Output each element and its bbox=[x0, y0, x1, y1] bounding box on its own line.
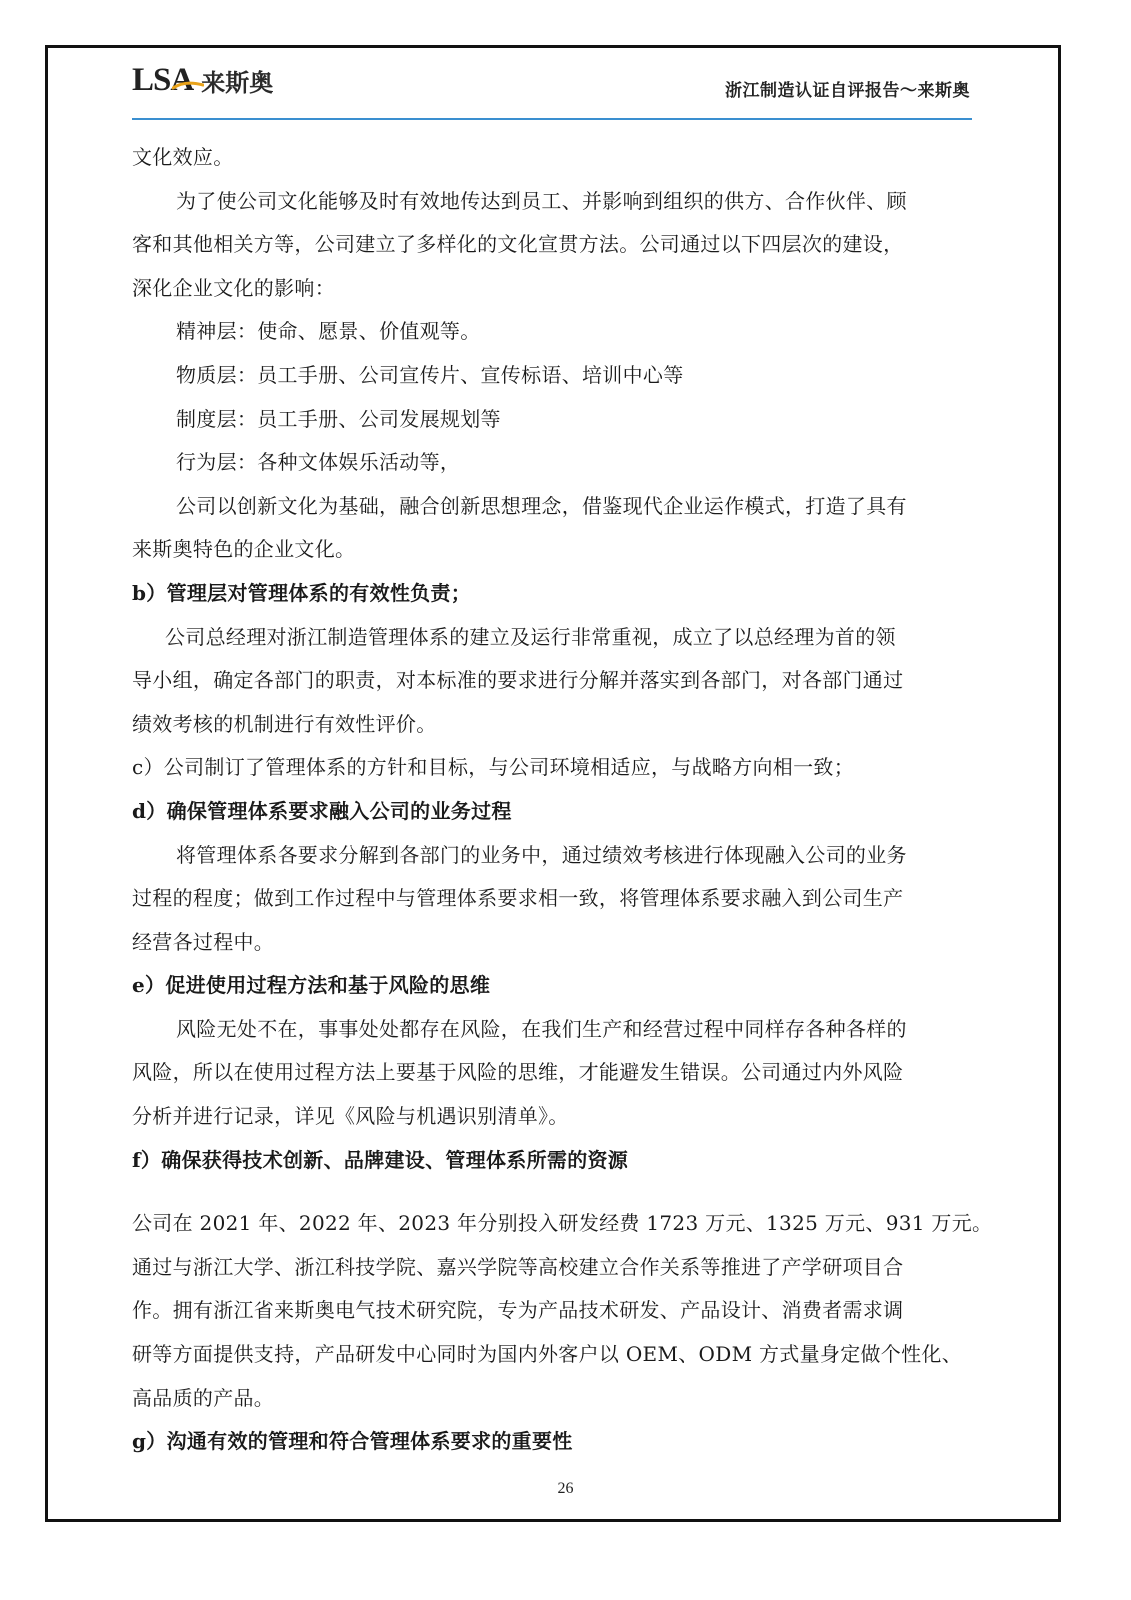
text-line: 过程的程度；做到工作过程中与管理体系要求相一致，将管理体系要求融入到公司生产 bbox=[132, 877, 977, 921]
text-line: 风险，所以在使用过程方法上要基于风险的思维，才能避发生错误。公司通过内外风险 bbox=[132, 1051, 977, 1095]
document-header-title: 浙江制造认证自评报告～来斯奥 bbox=[725, 76, 970, 101]
text-line: 公司总经理对浙江制造管理体系的建立及运行非常重视，成立了以总经理为首的领 bbox=[132, 616, 977, 660]
text-line: 将管理体系各要求分解到各部门的业务中，通过绩效考核进行体现融入公司的业务 bbox=[132, 834, 977, 878]
logo-chinese-text: 来斯奥 bbox=[201, 63, 273, 98]
text-line: 导小组，确定各部门的职责，对本标准的要求进行分解并落实到各部门，对各部门通过 bbox=[132, 659, 977, 703]
text-line: 为了使公司文化能够及时有效地传达到员工、并影响到组织的供方、合作伙伴、顾 bbox=[132, 180, 977, 224]
document-body: 文化效应。为了使公司文化能够及时有效地传达到员工、并影响到组织的供方、合作伙伴、… bbox=[132, 136, 977, 1464]
text-line bbox=[132, 1182, 977, 1202]
logo-swoosh-icon bbox=[172, 80, 204, 90]
text-line: 分析并进行记录，详见《风险与机遇识别清单》。 bbox=[132, 1095, 977, 1139]
text-line: 行为层：各种文体娱乐活动等， bbox=[132, 441, 977, 485]
text-line: 来斯奥特色的企业文化。 bbox=[132, 528, 977, 572]
logo-latin-text: LSA bbox=[132, 64, 193, 97]
header-divider bbox=[132, 118, 972, 120]
company-logo: LSA 来斯奥 bbox=[132, 62, 273, 98]
text-line: 绩效考核的机制进行有效性评价。 bbox=[132, 703, 977, 747]
text-line: 作。拥有浙江省来斯奥电气技术研究院，专为产品技术研发、产品设计、消费者需求调 bbox=[132, 1289, 977, 1333]
text-line: 深化企业文化的影响： bbox=[132, 267, 977, 311]
text-line: 制度层：员工手册、公司发展规划等 bbox=[132, 398, 977, 442]
section-heading: b）管理层对管理体系的有效性负责； bbox=[132, 572, 977, 616]
page-number: 26 bbox=[0, 1480, 1131, 1498]
text-line: 经营各过程中。 bbox=[132, 921, 977, 965]
text-line: 风险无处不在，事事处处都存在风险，在我们生产和经营过程中同样存各种各样的 bbox=[132, 1008, 977, 1052]
text-line: 客和其他相关方等，公司建立了多样化的文化宣贯方法。公司通过以下四层次的建设， bbox=[132, 223, 977, 267]
text-line: 研等方面提供支持，产品研发中心同时为国内外客户以 OEM、ODM 方式量身定做个… bbox=[132, 1333, 977, 1377]
section-heading: f）确保获得技术创新、品牌建设、管理体系所需的资源 bbox=[132, 1139, 977, 1183]
text-line: c）公司制订了管理体系的方针和目标，与公司环境相适应，与战略方向相一致； bbox=[132, 746, 977, 790]
text-line: 公司在 2021 年、2022 年、2023 年分别投入研发经费 1723 万元… bbox=[132, 1202, 977, 1246]
text-line: 通过与浙江大学、浙江科技学院、嘉兴学院等高校建立合作关系等推进了产学研项目合 bbox=[132, 1246, 977, 1290]
text-line: 物质层：员工手册、公司宣传片、宣传标语、培训中心等 bbox=[132, 354, 977, 398]
section-heading: e）促进使用过程方法和基于风险的思维 bbox=[132, 964, 977, 1008]
section-heading: d）确保管理体系要求融入公司的业务过程 bbox=[132, 790, 977, 834]
text-line: 公司以创新文化为基础，融合创新思想理念，借鉴现代企业运作模式，打造了具有 bbox=[132, 485, 977, 529]
section-heading: g）沟通有效的管理和符合管理体系要求的重要性 bbox=[132, 1420, 977, 1464]
text-line: 精神层：使命、愿景、价值观等。 bbox=[132, 310, 977, 354]
text-line: 高品质的产品。 bbox=[132, 1377, 977, 1421]
text-line: 文化效应。 bbox=[132, 136, 977, 180]
